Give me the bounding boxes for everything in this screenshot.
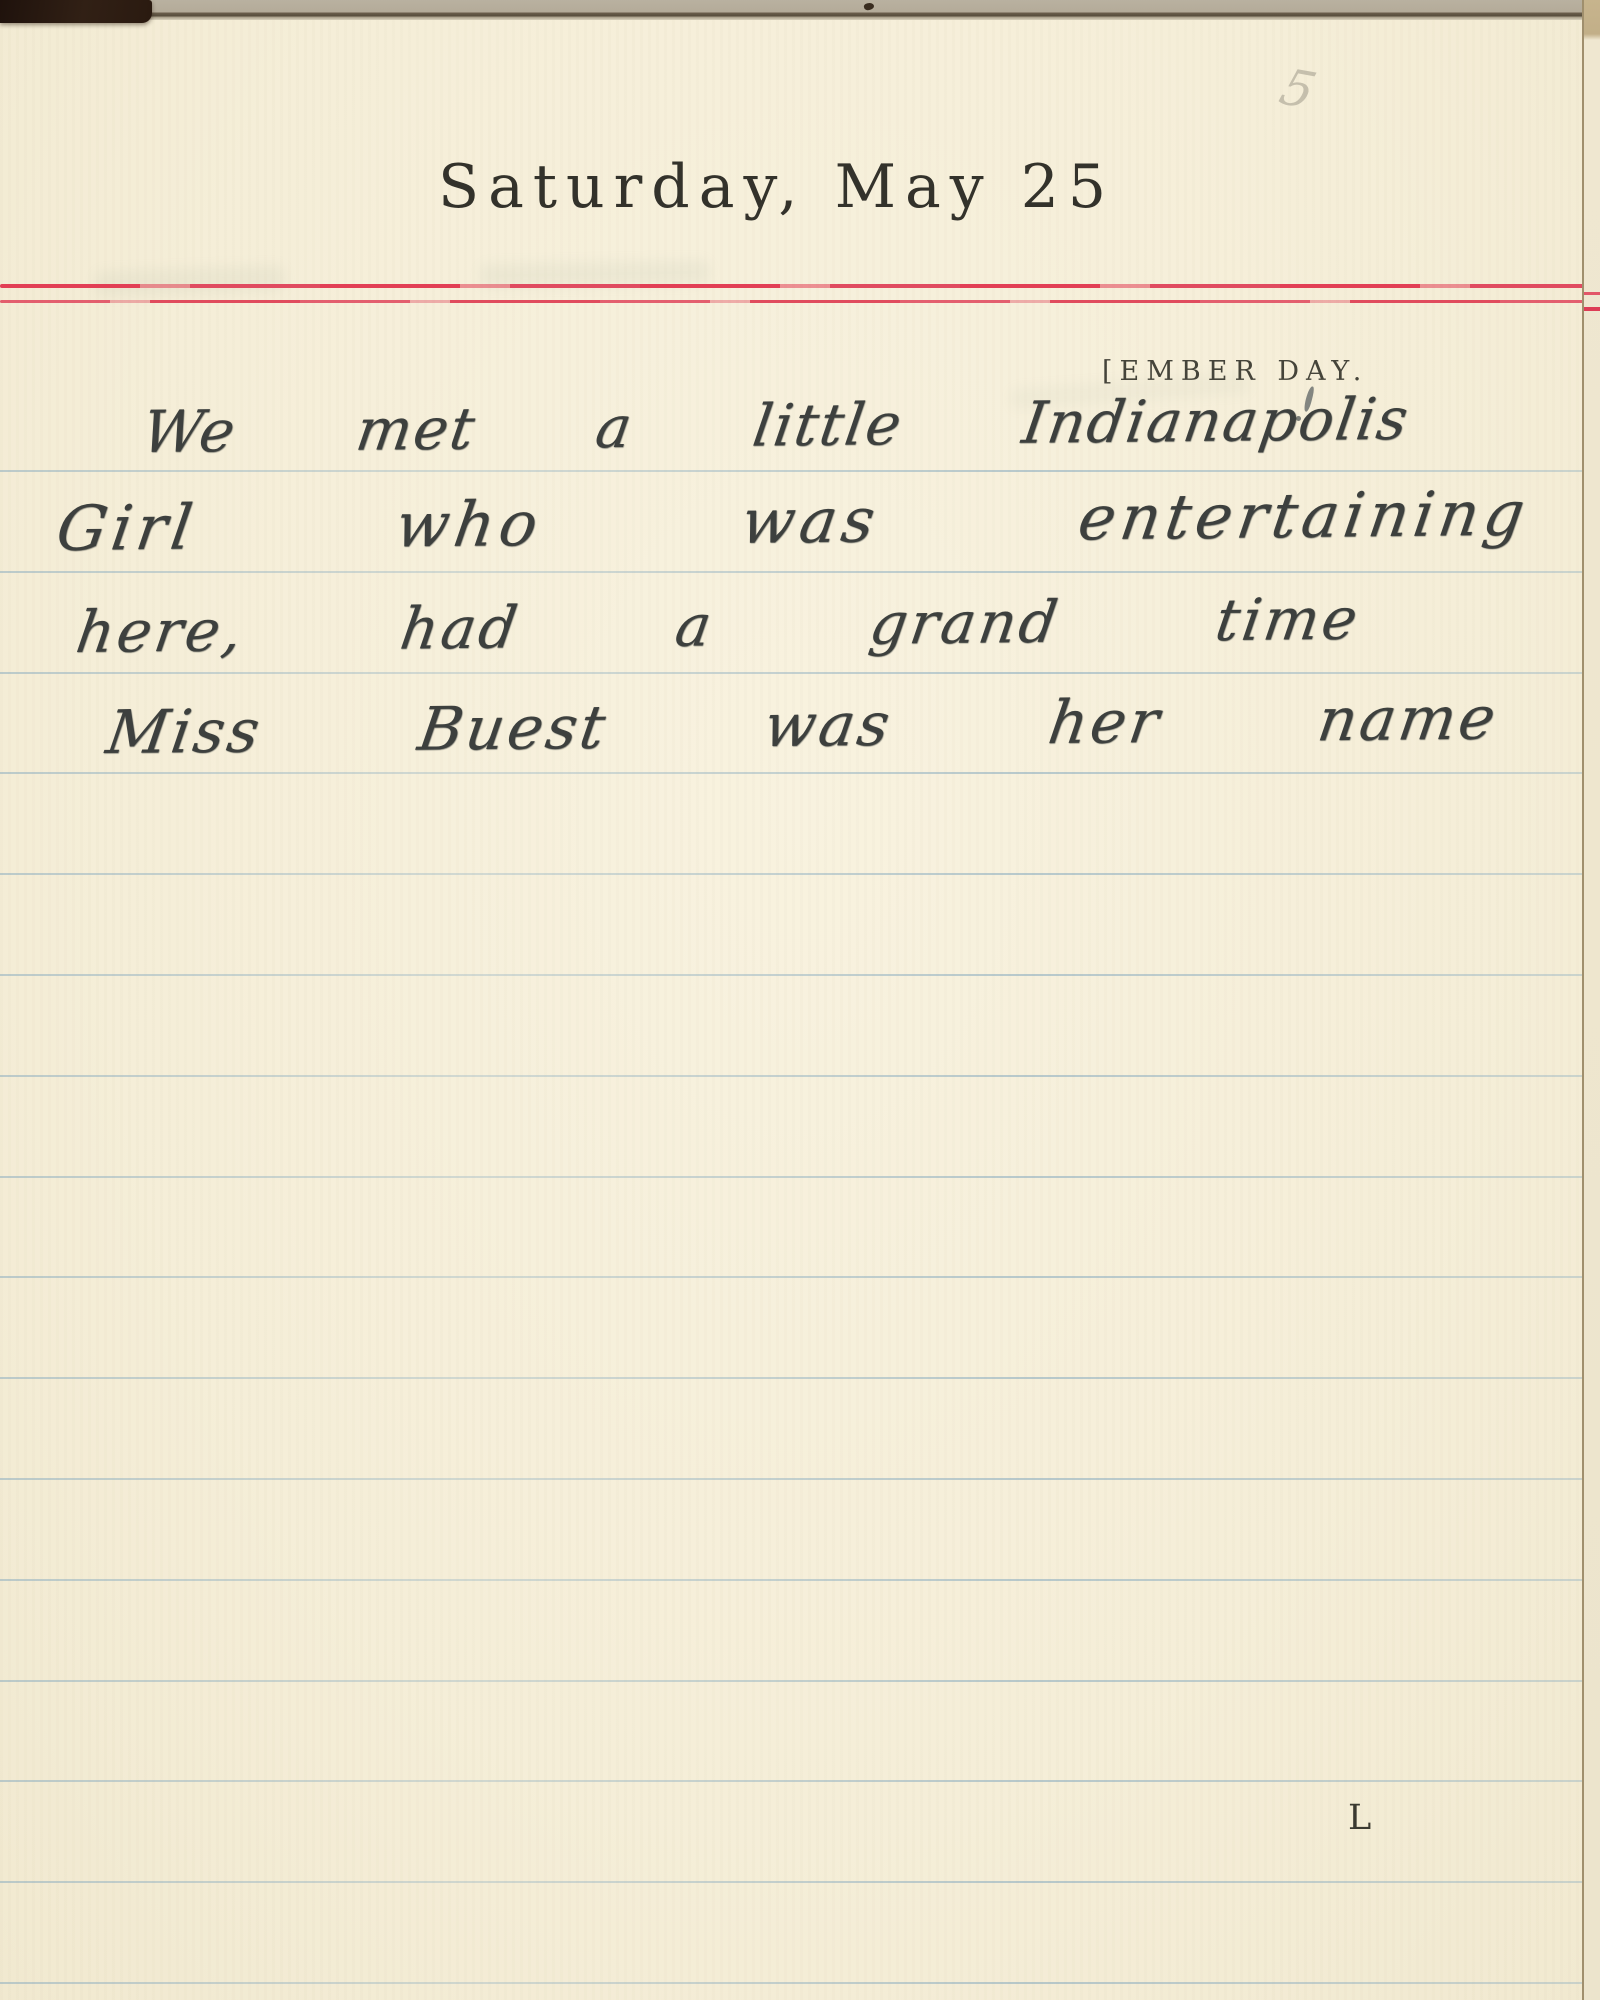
ruled-line xyxy=(0,1478,1584,1480)
binding-corner-block xyxy=(0,0,152,23)
page-title: Saturday, May 25 xyxy=(438,152,1115,222)
ruled-line xyxy=(0,1579,1584,1581)
ruled-line xyxy=(0,1377,1584,1379)
ruled-line xyxy=(0,571,1584,573)
diary-page: Saturday, May 25 [EMBER DAY. 5 We met a … xyxy=(0,0,1600,2000)
ruled-line xyxy=(0,1276,1584,1278)
ruled-line xyxy=(0,1982,1584,1984)
binding-top-edge xyxy=(0,0,1600,20)
red-rule-bottom xyxy=(0,300,1584,303)
ruled-line xyxy=(0,1680,1584,1682)
handwriting-line-1: We met a little Indianapolis xyxy=(138,385,1414,466)
page-right-edge xyxy=(1582,0,1600,2000)
handwriting-line-4: Miss Buest was her name xyxy=(102,683,1503,768)
ruled-line xyxy=(0,672,1584,674)
ruled-line xyxy=(0,1780,1584,1782)
ruled-line xyxy=(0,1881,1584,1883)
ruled-line xyxy=(0,873,1584,875)
handwriting-line-2: Girl who was entertaining xyxy=(52,477,1534,565)
underpage-red-rule xyxy=(1584,292,1600,295)
red-rule-top xyxy=(0,284,1584,288)
signature-mark: L xyxy=(1348,1798,1371,1838)
handwriting-line-3: here, had a grand time xyxy=(72,585,1365,666)
ember-day-label: [EMBER DAY. xyxy=(1102,356,1368,387)
bleed-through-smudge xyxy=(95,265,286,298)
pencil-mark: 5 xyxy=(1273,58,1322,119)
ruled-line xyxy=(0,974,1584,976)
ruled-line xyxy=(0,1075,1584,1077)
ruled-line xyxy=(0,772,1584,774)
underpage-red-rule xyxy=(1584,307,1600,311)
ruled-line xyxy=(0,1176,1584,1178)
ruled-line xyxy=(0,470,1584,472)
